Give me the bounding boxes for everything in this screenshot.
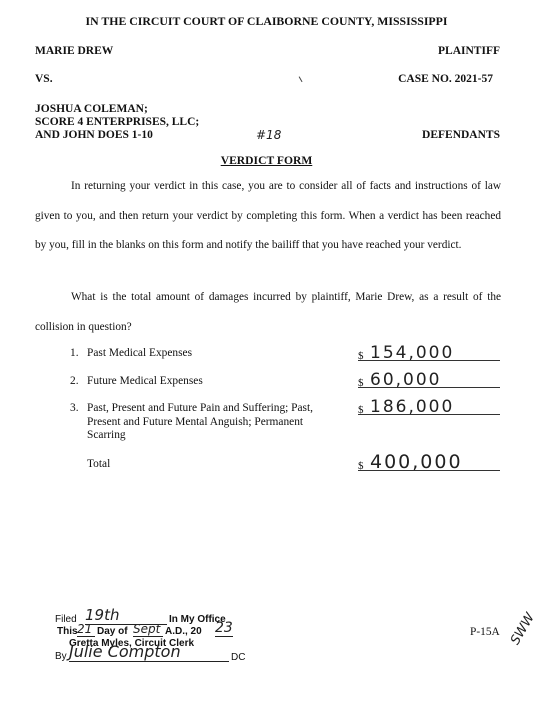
total-label: Total: [87, 458, 110, 470]
damage-item-1-amount: 154,000: [370, 343, 454, 363]
verdict-form-title: VERDICT FORM: [0, 154, 533, 167]
damage-item-3-label: Past, Present and Future Pain and Suffer…: [87, 402, 327, 443]
dollar-sign: $: [358, 350, 364, 362]
damage-item-2-label: Future Medical Expenses: [87, 375, 203, 387]
defendant-1: JOSHUA COLEMAN;: [35, 103, 148, 115]
dollar-sign: $: [358, 460, 364, 472]
damage-item-3-amount: 186,000: [370, 397, 454, 417]
total-amount-field[interactable]: $ 400,000: [358, 452, 500, 471]
case-number: CASE NO. 2021-57: [398, 73, 493, 85]
plaintiff-label: PLAINTIFF: [438, 45, 500, 57]
stamp-by-signature: Julie Compton: [69, 642, 229, 662]
court-title: IN THE CIRCUIT COURT OF CLAIBORNE COUNTY…: [0, 14, 533, 29]
damage-item-1-amount-field[interactable]: $ 154,000: [358, 342, 500, 361]
dollar-sign: $: [358, 377, 364, 389]
stamp-month-hand: Sept: [133, 622, 163, 637]
dollar-sign: $: [358, 404, 364, 416]
exhibit-label: P-15A: [470, 626, 500, 638]
plaintiff-name: MARIE DREW: [35, 45, 113, 57]
stamp-filed-prefix: Filed: [55, 614, 77, 625]
stamp-day-hand: 21: [77, 622, 95, 637]
filing-stamp: Filed 19th In My Office This 21 Day of S…: [55, 612, 255, 672]
stamp-this-prefix: This: [57, 626, 78, 637]
defendant-2: SCORE 4 ENTERPRISES, LLC;: [35, 116, 199, 128]
instructions-paragraph: In returning your verdict in this case, …: [35, 172, 501, 261]
exhibit-initials: SWW: [508, 611, 533, 648]
damage-item-3-number: 3.: [70, 402, 79, 414]
stray-mark: [299, 76, 304, 82]
damage-item-2-amount: 60,000: [370, 370, 441, 390]
damage-item-2-number: 2.: [70, 375, 79, 387]
stamp-by-prefix: By: [55, 651, 67, 662]
defendants-label: DEFENDANTS: [422, 129, 500, 141]
damage-item-2-amount-field[interactable]: $ 60,000: [358, 369, 500, 388]
vs-label: VS.: [35, 73, 53, 85]
handwritten-exhibit-mark: #18: [256, 128, 281, 142]
stamp-year-hand: 23: [215, 620, 233, 637]
stamp-day-of: Day of: [97, 626, 128, 637]
total-amount: 400,000: [370, 451, 463, 473]
damage-item-1-label: Past Medical Expenses: [87, 347, 192, 359]
damages-question: What is the total amount of damages incu…: [35, 283, 501, 342]
stamp-dc: DC: [231, 652, 245, 663]
damage-item-3-amount-field[interactable]: $ 186,000: [358, 396, 500, 415]
stamp-ad-year: A.D., 20: [165, 626, 202, 637]
damage-item-1-number: 1.: [70, 347, 79, 359]
defendant-3: AND JOHN DOES 1-10: [35, 129, 153, 141]
